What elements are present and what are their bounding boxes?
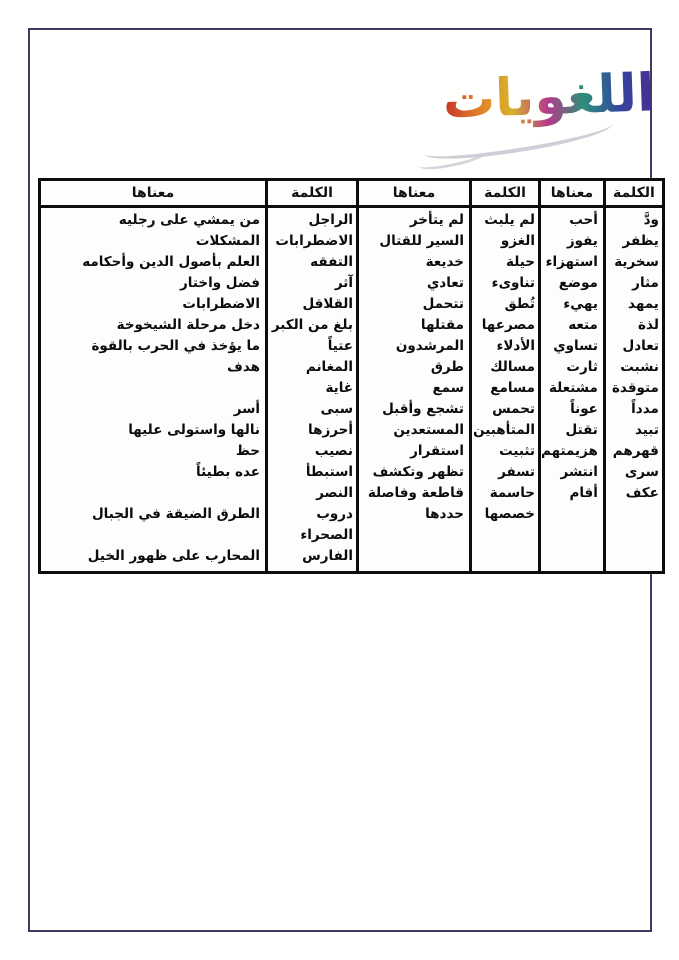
word-line: خصصها: [472, 504, 538, 525]
meaning-line: [41, 483, 265, 504]
word-line: نشبت: [606, 357, 662, 378]
meaning-line: تساوي: [541, 336, 603, 357]
word-line: لذة: [606, 315, 662, 336]
word-line: مدداً: [606, 399, 662, 420]
word-line: الاضطرابات: [268, 231, 356, 252]
meaning-line: فضل واختار: [41, 273, 265, 294]
meaning-line: سمع: [359, 378, 469, 399]
word-line: التفقه: [268, 252, 356, 273]
word-line: متوقدة: [606, 378, 662, 399]
meaning-line: استقرار: [359, 441, 469, 462]
word-line: نصيب: [268, 441, 356, 462]
word-line: النصر: [268, 483, 356, 504]
word-line: حاسمة: [472, 483, 538, 504]
word-line: حيلة: [472, 252, 538, 273]
header-word-right: الكلمة: [604, 180, 663, 207]
word-line: تبيد: [606, 420, 662, 441]
meaning-line: انتشر: [541, 462, 603, 483]
word-line: الأدلاء: [472, 336, 538, 357]
word-line: عكف: [606, 483, 662, 504]
meaning-line: مقتلها: [359, 315, 469, 336]
vocab-table: الكلمة معناها الكلمة معناها الكلمة معناه…: [38, 178, 665, 574]
header-meaning-middle: معناها: [358, 180, 471, 207]
meaning-line: أحب: [541, 210, 603, 231]
word-line: مسامع: [472, 378, 538, 399]
page-title: اللغويات: [438, 48, 657, 160]
word-line: المتأهبين: [472, 420, 538, 441]
meaning-line: يفوز: [541, 231, 603, 252]
word-line: ودَّ: [606, 210, 662, 231]
word-line: بلغ من الكبر: [268, 315, 356, 336]
header-meaning-right: معناها: [540, 180, 605, 207]
meaning-line: تتحمل: [359, 294, 469, 315]
meaning-line: دخل مرحلة الشيخوخة: [41, 315, 265, 336]
meaning-line: المرشدون: [359, 336, 469, 357]
meaning-line: استهزاء: [541, 252, 603, 273]
word-line: تسفر: [472, 462, 538, 483]
word-line: القلاقل: [268, 294, 356, 315]
word-line: مثار: [606, 273, 662, 294]
word-line: قهرهم: [606, 441, 662, 462]
word-line: تعادل: [606, 336, 662, 357]
meaning-line: خديعة: [359, 252, 469, 273]
meaning-line: قاطعة وفاصلة: [359, 483, 469, 504]
meaning-line: هزيمتهم: [541, 441, 603, 462]
word-line: تناوىء: [472, 273, 538, 294]
word-line: تحمس: [472, 399, 538, 420]
meaning-line: تقتل: [541, 420, 603, 441]
word-line: المغانم: [268, 357, 356, 378]
meaning-line: يهيء: [541, 294, 603, 315]
meaning-cell-right: أحبيفوزاستهزاءموضعيهيءمتعهتساويثارتمشتعل…: [540, 207, 605, 573]
meaning-line: أقام: [541, 483, 603, 504]
header-word-middle: الكلمة: [471, 180, 540, 207]
word-line: سبى: [268, 399, 356, 420]
meaning-line: العلم بأصول الدين وأحكامه: [41, 252, 265, 273]
word-line: دروب: [268, 504, 356, 525]
meaning-line: متعه: [541, 315, 603, 336]
word-line: عتياً: [268, 336, 356, 357]
word-line: الفارس: [268, 546, 356, 567]
word-line: سخرية: [606, 252, 662, 273]
word-line: الغزو: [472, 231, 538, 252]
meaning-line: الاضطرابات: [41, 294, 265, 315]
word-line: يظفر: [606, 231, 662, 252]
meaning-line: مشتعلة: [541, 378, 603, 399]
word-line: استبطأ: [268, 462, 356, 483]
meaning-line: تعادي: [359, 273, 469, 294]
scanned-worksheet-page: { "page_title": "اللغويات", "accent_colo…: [0, 0, 679, 960]
word-line: يمهد: [606, 294, 662, 315]
meaning-line: ثارت: [541, 357, 603, 378]
meaning-cell-left: من يمشي على رجليهالمشكلاتالعلم بأصول الد…: [40, 207, 267, 573]
word-line: الصحراء: [268, 525, 356, 546]
header-word-left: الكلمة: [267, 180, 358, 207]
meaning-line: المحارب على ظهور الخيل: [41, 546, 265, 567]
word-cell-middle: لم يلبثالغزوحيلةتناوىءتُطقمصرعهاالأدلاءم…: [471, 207, 540, 573]
meaning-line: أسر: [41, 399, 265, 420]
meaning-line: عوناً: [541, 399, 603, 420]
header-meaning-left: معناها: [40, 180, 267, 207]
meaning-line: موضع: [541, 273, 603, 294]
meaning-line: الطرق الضيقة في الجبال: [41, 504, 265, 525]
meaning-line: المستعدين: [359, 420, 469, 441]
meaning-line: لم يتأخر: [359, 210, 469, 231]
word-line: الراجل: [268, 210, 356, 231]
word-cell-right: ودَّيظفرسخريةمثاريمهدلذةتعادلنشبتمتوقدةم…: [604, 207, 663, 573]
word-line: مصرعها: [472, 315, 538, 336]
meaning-line: نالها واستولى عليها: [41, 420, 265, 441]
meaning-line: طرق: [359, 357, 469, 378]
vocab-table-header: الكلمة معناها الكلمة معناها الكلمة معناه…: [40, 180, 664, 207]
meaning-line: ما يؤخذ في الحرب بالقوة: [41, 336, 265, 357]
meaning-line: هدف: [41, 357, 265, 378]
word-line: سرى: [606, 462, 662, 483]
meaning-line: السير للقتال: [359, 231, 469, 252]
word-cell-left: الراجلالاضطراباتالتفقهآثرالقلاقلبلغ من ا…: [267, 207, 358, 573]
meaning-line: المشكلات: [41, 231, 265, 252]
word-line: آثر: [268, 273, 356, 294]
word-line: تثبيت: [472, 441, 538, 462]
meaning-line: عده بطيئاً: [41, 462, 265, 483]
meaning-line: [41, 525, 265, 546]
meaning-line: حددها: [359, 504, 469, 525]
word-line: تُطق: [472, 294, 538, 315]
meaning-line: [41, 378, 265, 399]
word-line: أحرزها: [268, 420, 356, 441]
word-line: غاية: [268, 378, 356, 399]
word-line: لم يلبث: [472, 210, 538, 231]
meaning-line: تظهر وتكشف: [359, 462, 469, 483]
word-line: مسالك: [472, 357, 538, 378]
meaning-line: حظ: [41, 441, 265, 462]
meaning-line: تشجع وأقبل: [359, 399, 469, 420]
vocab-table-body: ودَّيظفرسخريةمثاريمهدلذةتعادلنشبتمتوقدةم…: [40, 207, 664, 573]
meaning-line: من يمشي على رجليه: [41, 210, 265, 231]
meaning-cell-middle: لم يتأخرالسير للقتالخديعةتعاديتتحملمقتله…: [358, 207, 471, 573]
